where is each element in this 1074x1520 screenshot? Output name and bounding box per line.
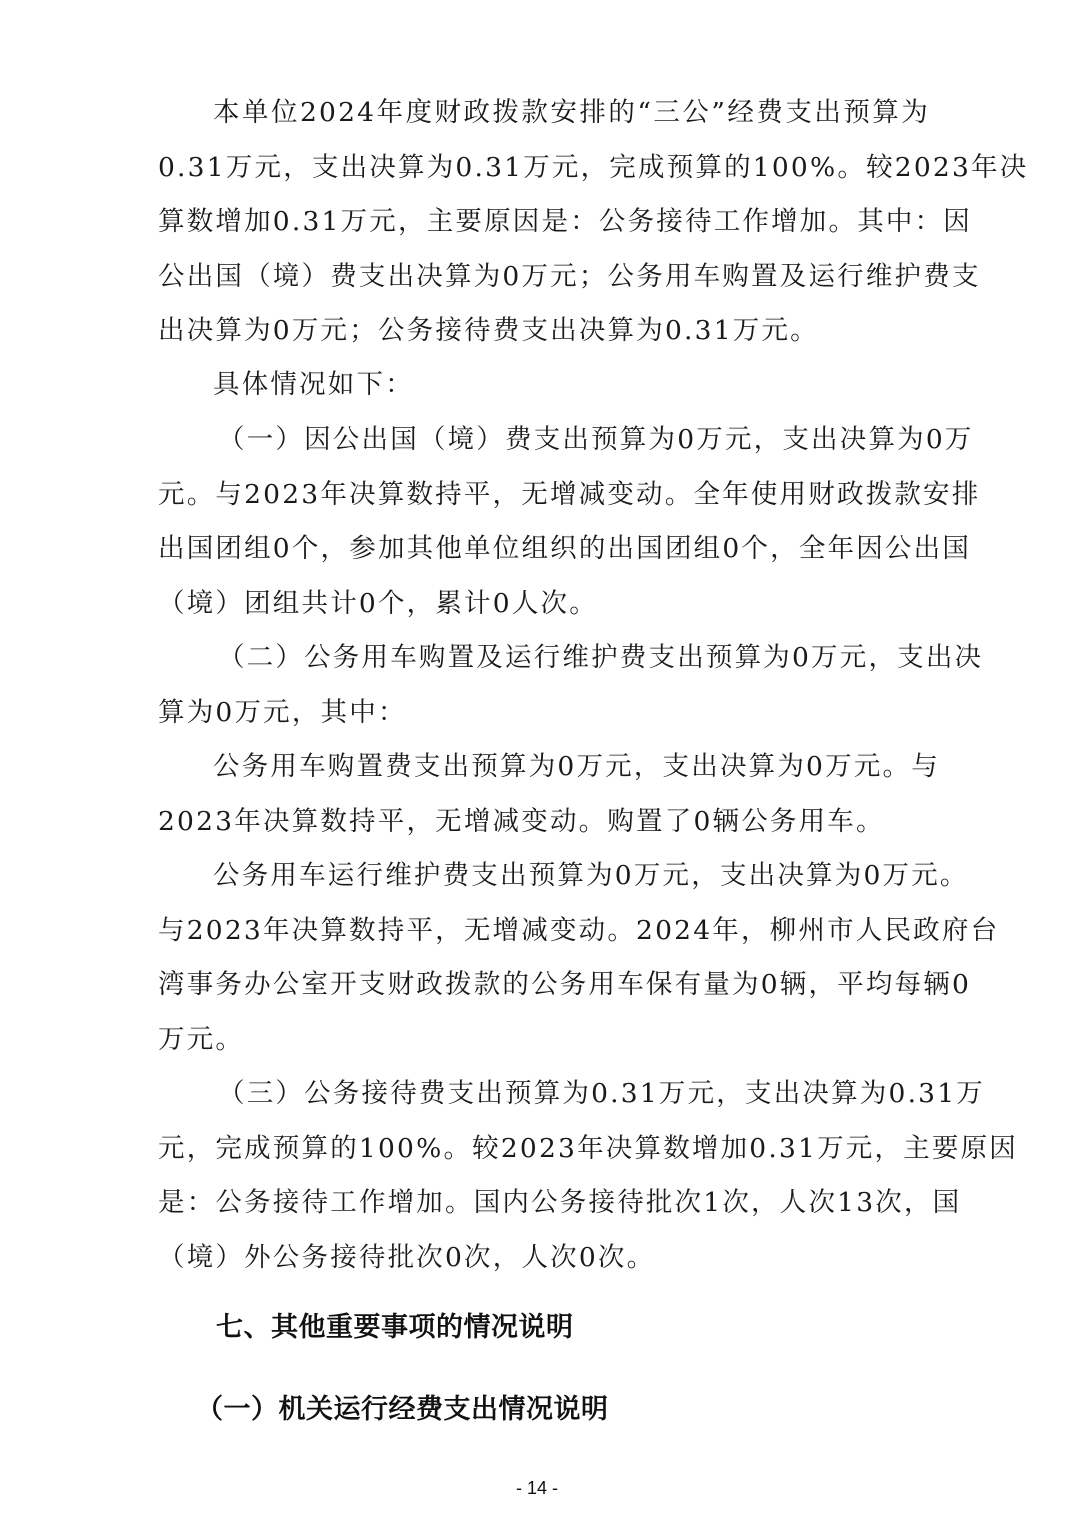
- text-line: （境）外公务接待批次0次，人次0次。: [158, 1231, 930, 1286]
- text-line: 公出国（境）费支出决算为0万元；公务用车购置及运行维护费支: [158, 250, 930, 305]
- document-page: 本单位2024年度财政拨款安排的“三公”经费支出预算为 0.31万元，支出决算为…: [0, 0, 1074, 1520]
- text-line: 本单位2024年度财政拨款安排的“三公”经费支出预算为: [158, 86, 930, 141]
- text-line: 算为0万元，其中：: [158, 686, 930, 741]
- text-line: 元。与2023年决算数持平，无增减变动。全年使用财政拨款安排: [158, 468, 930, 523]
- text-line: 算数增加0.31万元，主要原因是：公务接待工作增加。其中：因: [158, 195, 930, 250]
- paragraph-details-intro: 具体情况如下：: [158, 358, 930, 413]
- text-line: 0.31万元，支出决算为0.31万元，完成预算的100%。较2023年决: [158, 141, 930, 196]
- text-line: （二）公务用车购置及运行维护费支出预算为0万元，支出决: [158, 631, 930, 686]
- section-heading: 七、其他重要事项的情况说明: [216, 1308, 574, 1348]
- paragraph-vehicle-maintenance: 公务用车运行维护费支出预算为0万元，支出决算为0万元。 与2023年决算数持平，…: [158, 849, 930, 1067]
- text-line: 与2023年决算数持平，无增减变动。2024年，柳州市人民政府台: [158, 904, 930, 959]
- paragraph-official-reception: （三）公务接待费支出预算为0.31万元，支出决算为0.31万 元，完成预算的10…: [158, 1067, 930, 1285]
- text-line: （境）团组共计0个，累计0人次。: [158, 577, 930, 632]
- paragraph-overseas-travel: （一）因公出国（境）费支出预算为0万元，支出决算为0万 元。与2023年决算数持…: [158, 413, 930, 631]
- text-line: 2023年决算数持平，无增减变动。购置了0辆公务用车。: [158, 795, 930, 850]
- text-line: 万元。: [158, 1013, 930, 1068]
- text-line: （三）公务接待费支出预算为0.31万元，支出决算为0.31万: [158, 1067, 930, 1122]
- subsection-heading: （一）机关运行经费支出情况说明: [196, 1390, 609, 1430]
- text-line: 是：公务接待工作增加。国内公务接待批次1次，人次13次，国: [158, 1176, 930, 1231]
- text-line: 公务用车购置费支出预算为0万元，支出决算为0万元。与: [158, 740, 930, 795]
- text-line: 湾事务办公室开支财政拨款的公务用车保有量为0辆，平均每辆0: [158, 958, 930, 1013]
- text-line: 元，完成预算的100%。较2023年决算数增加0.31万元，主要原因: [158, 1122, 930, 1177]
- text-line: （一）因公出国（境）费支出预算为0万元，支出决算为0万: [158, 413, 930, 468]
- paragraph-vehicle-purchase: 公务用车购置费支出预算为0万元，支出决算为0万元。与 2023年决算数持平，无增…: [158, 740, 930, 849]
- page-number: - 14 -: [0, 1478, 1074, 1499]
- text-line: 出国团组0个，参加其他单位组织的出国团组0个，全年因公出国: [158, 522, 930, 577]
- text-line: 公务用车运行维护费支出预算为0万元，支出决算为0万元。: [158, 849, 930, 904]
- text-line: 出决算为0万元；公务接待费支出决算为0.31万元。: [158, 304, 930, 359]
- text-line: 具体情况如下：: [158, 358, 930, 413]
- paragraph-official-vehicles: （二）公务用车购置及运行维护费支出预算为0万元，支出决 算为0万元，其中：: [158, 631, 930, 740]
- paragraph-summary: 本单位2024年度财政拨款安排的“三公”经费支出预算为 0.31万元，支出决算为…: [158, 86, 930, 359]
